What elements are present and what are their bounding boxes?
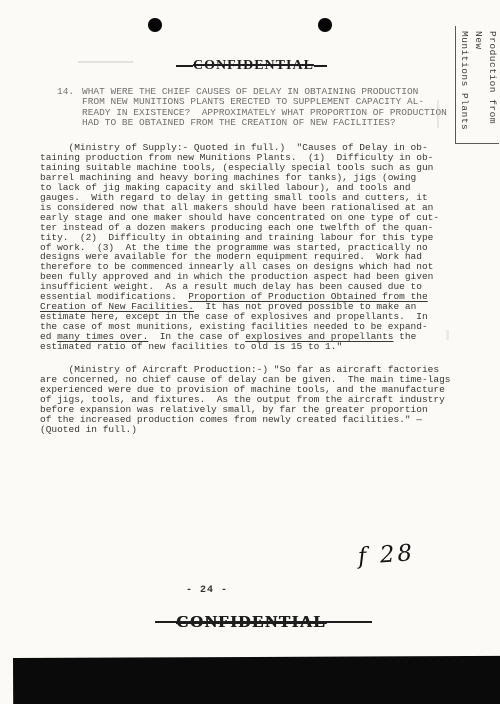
page-number: - 24 - — [186, 585, 228, 596]
strike-line — [155, 621, 176, 623]
punch-hole-icon — [148, 18, 162, 32]
body-paragraphs: (Ministry of Supply:- Quoted in full.) "… — [40, 143, 472, 435]
side-tab-line: Munitions Plants — [457, 31, 471, 143]
confidential-label: CONFIDENTIAL — [176, 612, 326, 632]
question-number: 14. — [57, 87, 82, 128]
strike-line — [314, 65, 327, 67]
scan-artifact — [437, 100, 439, 128]
confidential-label: CONFIDENTIAL — [193, 58, 314, 74]
side-tab: Production from New Munitions Plants — [455, 26, 499, 144]
paragraph: (Ministry of Supply:- Quoted in full.) "… — [40, 143, 472, 352]
question-lines: WHAT WERE THE CHIEF CAUSES OF DELAY IN O… — [82, 87, 447, 128]
text-line: estimated ratio of new facilities to old… — [40, 342, 472, 352]
question-line: HAD TO BE OBTAINED FROM THE CREATION OF … — [82, 118, 447, 128]
document-page: Production from New Munitions Plants CON… — [0, 0, 500, 704]
scan-artifact — [446, 330, 449, 340]
side-tab-line: Production from New — [471, 31, 499, 143]
confidential-stamp-top: CONFIDENTIAL — [176, 58, 327, 74]
text-line: (Quoted in full.) — [40, 425, 472, 435]
paragraph: (Ministry of Aircraft Production:-) "So … — [40, 365, 472, 435]
scan-artifact — [78, 61, 133, 63]
question-block: 14. WHAT WERE THE CHIEF CAUSES OF DELAY … — [57, 87, 447, 128]
strike-line — [176, 65, 193, 67]
scan-edge-band — [13, 656, 500, 704]
punch-hole-icon — [318, 18, 332, 32]
handwritten-note: f 28 — [357, 540, 416, 570]
strike-line — [326, 621, 372, 623]
confidential-stamp-bottom: CONFIDENTIAL — [155, 612, 372, 632]
